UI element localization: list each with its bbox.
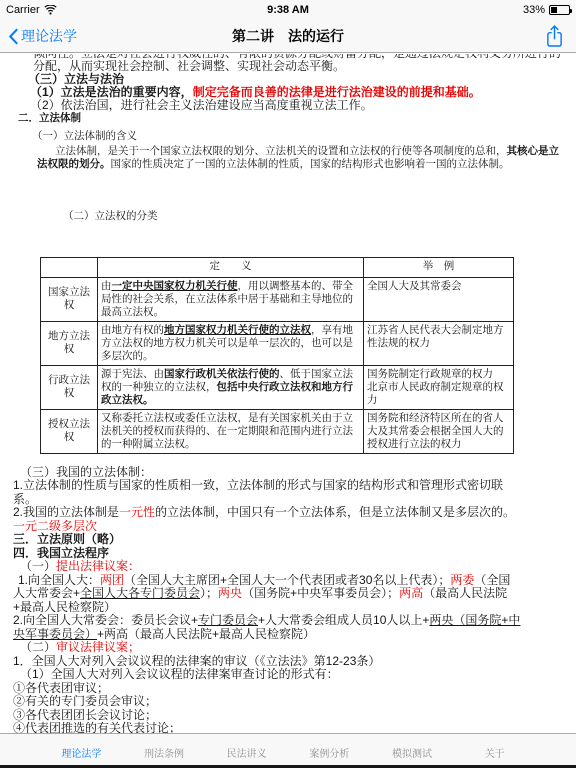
table-corner-cell <box>41 257 98 277</box>
text-line: 立法体制，是关于一个国家立法权限的划分、立法机关的设置和立法权的行使等各项制度的… <box>0 145 576 158</box>
tab-mock-test[interactable]: 模拟测试 <box>371 745 454 760</box>
text-line: ②有关的专门委员会审议； <box>0 695 576 709</box>
table-header-cell: 举 例 <box>364 257 514 277</box>
text-segment: 的立法体制，中国只有一个立法体系，但是立法体制又是多层次的。 <box>155 505 515 519</box>
text-segment: 国家行政机关依法行使的 <box>164 368 280 380</box>
text-segment: （三）我国的立法体制： <box>20 465 152 479</box>
battery-fill <box>551 7 557 13</box>
tab-case-analysis[interactable]: 案例分析 <box>288 745 371 760</box>
text-segment: （一） <box>20 559 56 573</box>
text-segment: 立法体制，是关于一个国家立法权限的划分、立法机关的设置和立法权的行使等各项制度的… <box>55 145 507 157</box>
text-line: 1．全国人大对列入会议议程的法律案的审议（《立法法》第12-23条） <box>0 655 576 669</box>
example-cell: 江苏省人民代表大会制定地方性法规的权力 <box>364 321 514 365</box>
spacer <box>0 223 576 257</box>
text-segment: 1.立法体制的性质与国家的性质相一致，立法体制的形式与国家的结构形式和管理形式密… <box>13 478 503 492</box>
spacer <box>0 170 576 210</box>
text-line: ①各代表团审议； <box>0 682 576 696</box>
text-segment: 两团 <box>100 573 124 587</box>
example-cell: 全国人大及其常委会 <box>364 277 514 321</box>
example-cell: 国务院和经济特区所在的省人大及其常委会根据全国人大的授权进行立法的权力 <box>364 409 514 453</box>
text-line: ④代表团推选的有关代表讨论； <box>0 722 576 733</box>
text-segment: +最高人民检察院） <box>13 600 116 614</box>
tab-about[interactable]: 关于 <box>453 745 536 760</box>
tab-criminal-law[interactable]: 刑法条例 <box>123 745 206 760</box>
page-title: 第二讲 法的运行 <box>0 20 576 52</box>
share-icon <box>545 24 564 49</box>
text-segment: 法权限的划分。 <box>37 158 111 170</box>
text-segment: 源于宪法、由 <box>101 368 164 380</box>
document-content[interactable]: 倾向性。立法是对社会进行权威性的、有限的资源分配或财富分配，是通过法规定权利义务… <box>0 54 576 733</box>
table-row: 地方立法权由地方有权的地方国家权力机关行使的立法权，享有地方立法权的地方权力机关… <box>41 321 514 365</box>
text-segment: 全国人大及其常委会 <box>367 280 462 292</box>
text-line: 一元二级多层次 <box>0 520 576 534</box>
row-label-cell: 地方立法权 <box>41 321 98 365</box>
tab-bar: 理论法学刑法条例民法讲义案例分析模拟测试关于 <box>0 733 576 765</box>
text-segment: 一定中央国家权力机关行使 <box>112 280 238 292</box>
text-line: （二）审议法律议案； <box>0 641 576 655</box>
text-segment: 专门委员会 <box>198 613 258 627</box>
text-segment: 全国人大各专门委员会 <box>80 586 200 600</box>
text-segment: （1）立法是法治的重要内容， <box>30 85 193 99</box>
tab-civil-law[interactable]: 民法讲义 <box>205 745 288 760</box>
battery-tip <box>570 9 572 13</box>
text-segment: ②有关的专门委员会审议； <box>13 694 157 708</box>
text-segment: （二）立法权的分类 <box>63 210 158 222</box>
text-segment: 国务院和经济特区所在的省人大及其常委会根据全国人大的授权进行立法的权力 <box>367 412 504 450</box>
text-segment: 1．全国人大对列入会议议程的法律案的审议（《立法法》第12-23条） <box>13 654 380 668</box>
text-segment: （全国人大主席团+全国人大一个代表团或者30名以上代表）； <box>124 573 450 587</box>
text-segment: 系。 <box>13 492 37 506</box>
text-segment: 二．立法体制 <box>18 112 81 124</box>
definition-cell: 源于宪法、由国家行政机关依法行使的、低于国家立法权的一种独立的立法权，包括中央行… <box>98 365 364 409</box>
row-label-cell: 行政立法权 <box>41 365 98 409</box>
text-line: （2）依法治国，进行社会主义法治建设应当高度重视立法工作。 <box>0 99 576 112</box>
back-button-label: 理论法学 <box>21 26 77 46</box>
text-line: 2.我国的立法体制是一元性的立法体制，中国只有一个立法体系，但是立法体制又是多层… <box>0 506 576 520</box>
text-segment: 2.向全国人大常委会：委员长会议+ <box>13 613 198 627</box>
text-segment: 2.我国的立法体制是 <box>13 505 119 519</box>
row-label-cell: 国家立法权 <box>41 277 98 321</box>
navigation-bar: 理论法学 第二讲 法的运行 <box>0 20 576 53</box>
table-row: 授权立法权又称委托立法权或委任立法权，是有关国家机关由于立法机关的授权而获得的、… <box>41 409 514 453</box>
share-button[interactable] <box>545 24 564 54</box>
text-segment: 审议法律议案； <box>56 640 140 654</box>
definition-cell: 由一定中央国家权力机关行使，用以调整基本的、带全局性的社会关系，在立法体系中居于… <box>98 277 364 321</box>
table-row: 行政立法权源于宪法、由国家行政机关依法行使的、低于国家立法权的一种独立的立法权，… <box>41 365 514 409</box>
text-segment: ①各代表团审议； <box>13 681 109 695</box>
text-segment: 江苏省人民代表大会制定地方性法规的权力 <box>367 324 504 349</box>
text-segment: 三．立法原则（略） <box>13 532 121 546</box>
table-row: 国家立法权由一定中央国家权力机关行使，用以调整基本的、带全局性的社会关系，在立法… <box>41 277 514 321</box>
app-screen: Carrier 9:38 AM 33% 理论法学 第二讲 法的运行 <box>0 0 576 768</box>
text-line: （一）提出法律议案： <box>0 560 576 574</box>
text-line: 二．立法体制 <box>0 112 576 125</box>
text-segment: 两央（国务院+中 <box>429 613 520 627</box>
text-segment: （最高人民法院 <box>423 586 507 600</box>
text-segment: 央军事委员会） <box>13 627 97 641</box>
text-line: +最高人民检察院） <box>0 601 576 615</box>
text-segment: 一元二级多层次 <box>13 519 97 533</box>
battery-percent-label: 33% <box>523 4 545 16</box>
status-bar-right: 33% <box>523 0 570 20</box>
text-segment: 两委 <box>450 573 474 587</box>
text-segment: +两高（最高人民法院+最高人民检察院） <box>97 627 315 641</box>
text-line: 法权限的划分。国家的性质决定了一国的立法体制的性质，国家的结构形式也影响着一国的… <box>0 158 576 171</box>
text-line: 1.立法体制的性质与国家的性质相一致，立法体制的形式与国家的结构形式和管理形式密… <box>0 479 576 493</box>
text-segment: 由地方有权的 <box>101 324 164 336</box>
text-segment: 两央 <box>218 586 242 600</box>
status-time: 9:38 AM <box>0 4 576 16</box>
status-bar: Carrier 9:38 AM 33% <box>0 0 576 20</box>
text-line: 2.向全国人大常委会：委员长会议+专门委员会+人大常委会组成人员10人以上+两央… <box>0 614 576 628</box>
text-segment: 分配，从而实现社会控制、社会调整、实现社会动态平衡。 <box>33 59 345 73</box>
text-segment: （全国 <box>474 573 510 587</box>
text-line: 三．立法原则（略） <box>0 533 576 547</box>
definitions-table: 定 义举 例国家立法权由一定中央国家权力机关行使，用以调整基本的、带全局性的社会… <box>40 257 514 454</box>
text-segment: 四．我国立法程序 <box>13 546 109 560</box>
text-segment: 由 <box>101 280 112 292</box>
text-segment: 地方国家权力机关行使的立法权 <box>164 324 311 336</box>
tab-theory-of-law[interactable]: 理论法学 <box>40 745 123 760</box>
text-line: 1.向全国人大：两团（全国人大主席团+全国人大一个代表团或者30名以上代表）；两… <box>0 574 576 588</box>
text-segment: 提出法律议案： <box>56 559 140 573</box>
battery-icon <box>549 5 570 15</box>
text-line: （二）立法权的分类 <box>0 210 576 223</box>
text-segment: 两高 <box>399 586 423 600</box>
text-segment: （1）全国人大对列入会议议程的法律案审查讨论的形式有： <box>20 667 339 681</box>
text-line: 央军事委员会）+两高（最高人民法院+最高人民检察院） <box>0 628 576 642</box>
text-segment: （三）立法与法治 <box>28 72 124 86</box>
text-line: 四．我国立法程序 <box>0 547 576 561</box>
definition-cell: 又称委托立法权或委任立法权，是有关国家机关由于立法机关的授权而获得的、在一定期限… <box>98 409 364 453</box>
table-header-cell: 定 义 <box>98 257 364 277</box>
text-segment: ④代表团推选的有关代表讨论； <box>13 721 181 733</box>
text-line: 系。 <box>0 493 576 507</box>
text-segment: 一元性 <box>119 505 155 519</box>
text-line: ③各代表团团长会议讨论； <box>0 709 576 723</box>
table-header-row: 定 义举 例 <box>41 257 514 277</box>
row-label-cell: 授权立法权 <box>41 409 98 453</box>
text-segment: 人大常委会+ <box>13 586 80 600</box>
text-segment: ）； <box>200 586 218 600</box>
text-line: 人大常委会+全国人大各专门委员会）；两央（国务院+中央军事委员会）；两高（最高人… <box>0 587 576 601</box>
text-segment: （一）立法体制的含义 <box>32 130 137 142</box>
text-segment: （2）依法治国，进行社会主义法治建设应当高度重视立法工作。 <box>30 98 373 112</box>
text-segment: ③各代表团团长会议讨论； <box>13 708 157 722</box>
definition-cell: 由地方有权的地方国家权力机关行使的立法权，享有地方立法权的地方权力机关可以是单一… <box>98 321 364 365</box>
text-segment: （二） <box>20 640 56 654</box>
text-line: （一）立法体制的含义 <box>0 130 576 143</box>
text-segment: 1.向全国人大： <box>18 573 100 587</box>
text-segment: 又称委托立法权或委任立法权，是有关国家机关由于立法机关的授权而获得的、在一定期限… <box>101 412 353 450</box>
text-segment: +人大常委会组成人员10人以上+ <box>258 613 429 627</box>
text-segment: 制定完备而良善的法律是进行法治建设的前提和基础。 <box>193 85 481 99</box>
back-button[interactable]: 理论法学 <box>8 20 77 52</box>
text-segment: （国务院+中央军事委员会）； <box>242 586 399 600</box>
example-cell: 国务院制定行政规章的权力 北京市人民政府制定规章的权力 <box>364 365 514 409</box>
text-segment: 国家的性质决定了一国的立法体制的性质，国家的结构形式也影响着一国的立法体制。 <box>111 158 510 170</box>
chevron-left-icon <box>8 27 19 46</box>
text-segment: 国务院制定行政规章的权力 北京市人民政府制定规章的权力 <box>367 368 504 406</box>
text-segment: 其核心是立 <box>507 145 560 157</box>
text-line: （三）我国的立法体制： <box>0 466 576 480</box>
text-line: （1）全国人大对列入会议议程的法律案审查讨论的形式有： <box>0 668 576 682</box>
